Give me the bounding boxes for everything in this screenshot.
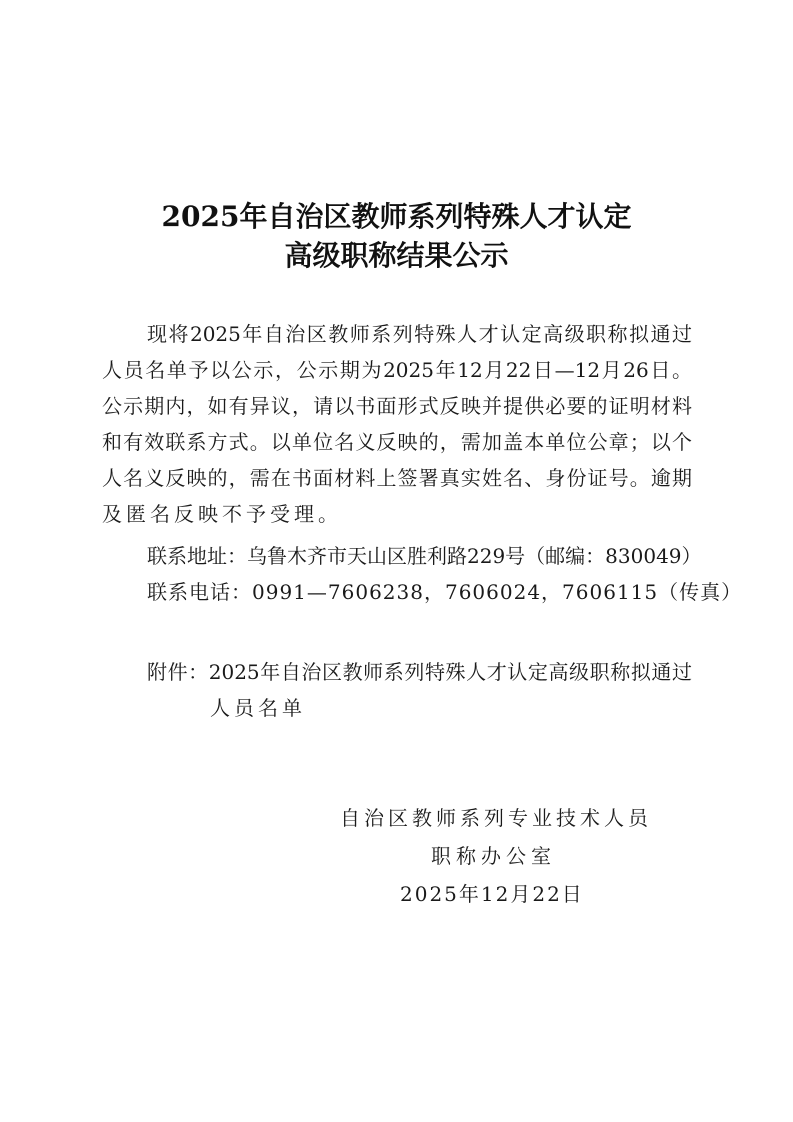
signature-date: 2025年12月22日 <box>400 876 584 912</box>
attachment-line-2: 人员名单 <box>210 690 306 726</box>
contact-phone: 联系电话：0991—7606238，7606024，7606115（传真） <box>147 574 692 610</box>
attachment-line-1: 附件：2025年自治区教师系列特殊人才认定高级职称拟通过 <box>147 654 692 690</box>
body-line-1: 现将2025年自治区教师系列特殊人才认定高级职称拟通过 <box>147 316 692 352</box>
signature-org-line-1: 自治区教师系列专业技术人员 <box>340 800 652 836</box>
body-line-2: 人员名单予以公示，公示期为2025年12月22日—12月26日。 <box>102 352 692 388</box>
document-page: 2025年自治区教师系列特殊人才认定 高级职称结果公示 现将2025年自治区教师… <box>0 0 793 1122</box>
body-line-4: 和有效联系方式。以单位名义反映的，需加盖本单位公章；以个 <box>102 424 692 460</box>
body-line-6: 及匿名反映不予受理。 <box>102 496 692 532</box>
body-line-5: 人名义反映的，需在书面材料上签署真实姓名、身份证号。逾期 <box>102 460 692 496</box>
contact-address: 联系地址：乌鲁木齐市天山区胜利路229号（邮编：830049） <box>147 538 692 574</box>
signature-org-line-2: 职称办公室 <box>431 838 556 874</box>
body-line-3: 公示期内，如有异议，请以书面形式反映并提供必要的证明材料 <box>102 388 692 424</box>
document-title-line-1: 2025年自治区教师系列特殊人才认定 <box>0 197 793 237</box>
document-title-line-2: 高级职称结果公示 <box>0 236 793 276</box>
